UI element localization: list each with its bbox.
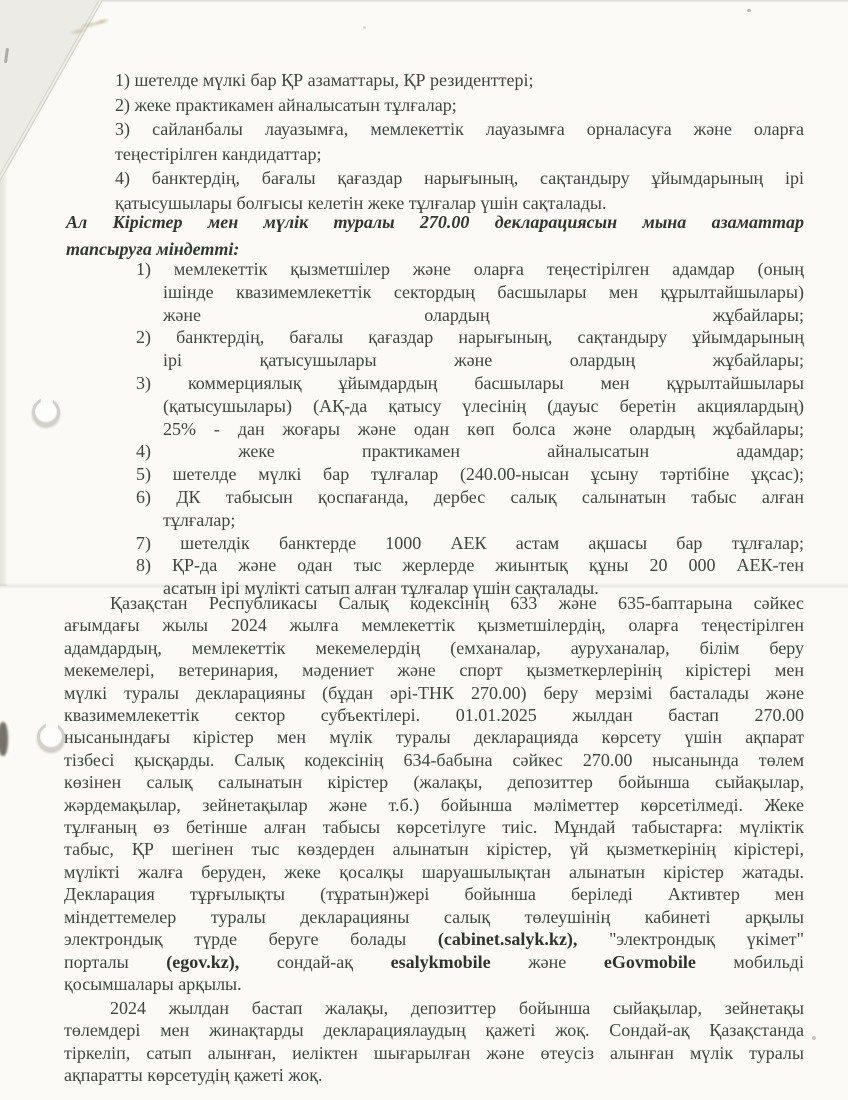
text-line: нысанындағы кірістер мен мүлік туралы де…	[64, 726, 804, 748]
text-line: 6) ДК табысын қоспағанда, дербес салық с…	[136, 486, 804, 509]
text-line: 5) шетелде мүлкі бар тұлғалар (240.00-ны…	[136, 463, 804, 486]
text-line: ірі қатысушылары және олардың жұбайлары;	[163, 349, 804, 372]
text-line: тізбесі қысқарды. Салық кодексінің 634-б…	[64, 749, 804, 771]
text-line: төлемдері мен жинақтарды декларациялауды…	[64, 1019, 804, 1041]
text-line: 2) банктердің, бағалы қағаздар нарығының…	[136, 326, 804, 349]
ink-smudge-artifact	[0, 722, 8, 756]
text-line: 8) ҚР-да және одан тыс жерлерде жиынтық …	[136, 554, 804, 577]
text-line: ағымдағы жылы 2024 жылға мемлекеттік қыз…	[64, 614, 804, 636]
text-line: 4) жеке практикамен айналысатын адамдар;	[136, 440, 804, 463]
text-line: порталы (egov.kz), сондай-ақ esalykmobil…	[64, 951, 804, 973]
text-line: тіркеліп, сатып алынған, иеліктен шығары…	[64, 1042, 804, 1064]
punch-hole-top	[32, 398, 60, 426]
text-line: тұлғаның өз бетінше алған табысы көрсеті…	[64, 816, 804, 838]
text-line: және олардың жұбайлары;	[163, 304, 804, 327]
text-line: 3) сайланбалы лауазымға, мемлекеттік лау…	[115, 117, 804, 142]
paragraph-declaration-info: Қазақстан Республикасы Салық кодексінің …	[64, 592, 804, 995]
paragraph-2024-exemptions: 2024 жылдан бастап жалақы, депозиттер бо…	[64, 997, 804, 1087]
text-line: квазимемлекеттік сектор субъектілері. 01…	[64, 704, 804, 726]
text-line: тұлғалар;	[163, 509, 804, 532]
scanned-document-page: 1) шетелде мүлкі бар ҚР азаматтары, ҚР р…	[0, 0, 848, 1100]
text-line: мүлікті жалға беруден, жеке қосалқы шару…	[64, 861, 804, 883]
text-line: көзінен салық салынатын кірістер (жалақы…	[64, 771, 804, 793]
text-line: табыс, ҚР шегінен тыс көздерден алынатын…	[64, 838, 804, 860]
text-line: 2024 жылдан бастап жалақы, депозиттер бо…	[64, 997, 804, 1019]
text-line: 7) шетелдік банктерде 1000 АЕК астам ақш…	[136, 532, 804, 555]
text-line: 3) коммерциялық ұйымдардың басшылары мен…	[136, 372, 804, 395]
text-line: міндеттемелер туралы декларацияны салық …	[64, 906, 804, 928]
text-line: 1) шетелде мүлкі бар ҚР азаматтары, ҚР р…	[115, 68, 804, 93]
text-line: Декларация тұрғылықты (тұратын)жері бойы…	[64, 883, 804, 905]
paper-speck	[812, 1036, 816, 1040]
punch-hole-bottom	[37, 723, 65, 751]
lead-heading: Ал Кірістер мен мүлік туралы 270.00 декл…	[66, 209, 804, 263]
text-line: (қатысушылары) (АҚ-да қатысу үлесінің (д…	[163, 395, 804, 418]
text-line: 4) банктердің, бағалы қағаздар нарығының…	[115, 166, 804, 191]
obligated-persons-list: 1) мемлекеттік қызметшілер және оларға т…	[136, 258, 804, 600]
text-line: 2) жеке практикамен айналысатын тұлғалар…	[115, 93, 804, 118]
text-line: ішінде квазимемлекеттік сектордың басшыл…	[163, 281, 804, 304]
text-line: мекемелері, ветеринария, мәдениет және с…	[64, 659, 804, 681]
intro-list: 1) шетелде мүлкі бар ҚР азаматтары, ҚР р…	[115, 68, 804, 215]
text-line: қосымшалары арқылы.	[64, 973, 804, 995]
text-line: Ал Кірістер мен мүлік туралы 270.00 декл…	[66, 209, 804, 236]
text-line: 1) мемлекеттік қызметшілер және оларға т…	[136, 258, 804, 281]
text-line: адамдардың, мемлекеттік мекемелердің (ем…	[64, 637, 804, 659]
paper-speck	[747, 9, 751, 12]
text-line: теңестірілген кандидаттар;	[115, 142, 804, 167]
text-line: электрондық түрде беруге болады (cabinet…	[64, 928, 804, 950]
text-line: Қазақстан Республикасы Салық кодексінің …	[64, 592, 804, 614]
text-line: 25% - дан жоғары және одан көп болса жән…	[163, 418, 804, 441]
text-line: мүлкі туралы декларацияны (бұдан әрі-ТНК…	[64, 682, 804, 704]
text-line: ақпаратты көрсетудің қажеті жоқ.	[64, 1064, 804, 1086]
scan-top-edge-shadow	[0, 0, 848, 3]
paper-speck	[363, 26, 366, 29]
text-line: жәрдемақылар, зейнетақылар және т.б.) бо…	[64, 794, 804, 816]
